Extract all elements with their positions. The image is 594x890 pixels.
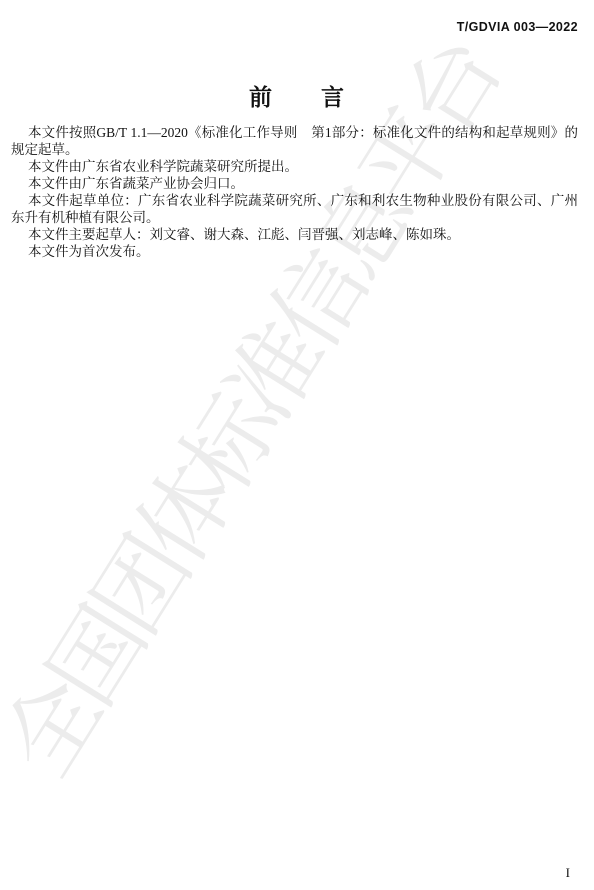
- doc-number: T/GDVIA 003—2022: [457, 20, 578, 34]
- paragraph-centralized-by: 本文件由广东省蔬菜产业协会归口。: [11, 175, 578, 192]
- paragraph-first-release: 本文件为首次发布。: [11, 243, 578, 260]
- paragraph-drafting-units: 本文件起草单位：广东省农业科学院蔬菜研究所、广东和利农生物种业股份有限公司、广州…: [11, 192, 578, 226]
- page-title: 前 言: [0, 79, 594, 112]
- document-page: 全国团体标准信息平台 T/GDVIA 003—2022 前 言 本文件按照GB/…: [0, 0, 594, 890]
- paragraph-proposer: 本文件由广东省农业科学院蔬菜研究所提出。: [11, 158, 578, 175]
- paragraph-drafters: 本文件主要起草人：刘文睿、谢大森、江彪、闫晋强、刘志峰、陈如珠。: [11, 226, 578, 243]
- paragraph-scope: 本文件按照GB/T 1.1—2020《标准化工作导则 第1部分：标准化文件的结构…: [11, 124, 578, 158]
- foreword-body: 本文件按照GB/T 1.1—2020《标准化工作导则 第1部分：标准化文件的结构…: [11, 124, 578, 260]
- page-number: I: [566, 865, 570, 881]
